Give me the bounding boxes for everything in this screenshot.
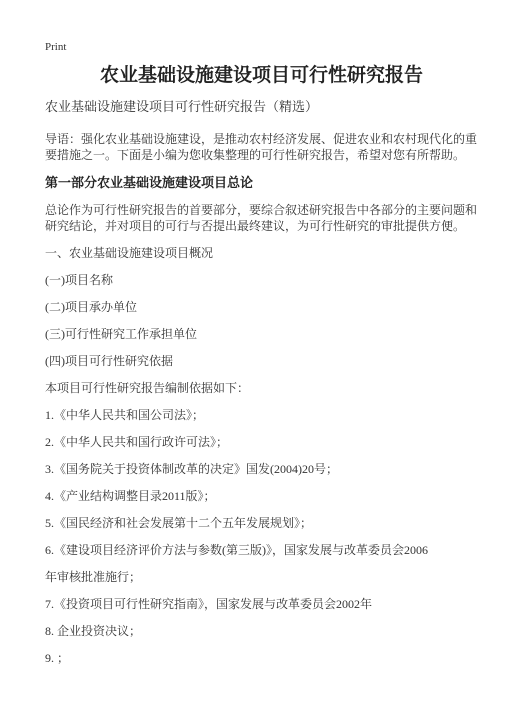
part1-summary-line-2: 研究结论，并对项目的可行与否提出最终建议，为可行性研究的审批提供方便。 bbox=[45, 218, 478, 234]
intro-line-2: 要措施之一。下面是小编为您收集整理的可行性研究报告，希望对您有所帮助。 bbox=[45, 147, 478, 163]
overview-heading: 一、农业基础设施建设项目概况 bbox=[45, 245, 478, 261]
basis-item-6-continuation: 年审核批准施行； bbox=[45, 569, 478, 585]
print-link[interactable]: Print bbox=[45, 41, 478, 54]
basis-item-5: 5.《国民经济和社会发展第十二个五年发展规划》； bbox=[45, 515, 478, 531]
part1-heading: 第一部分农业基础设施建设项目总论 bbox=[45, 174, 478, 191]
intro-line-1: 导语：强化农业基础设施建设，是推动农村经济发展、促进农业和农村现代化的重 bbox=[45, 131, 478, 147]
line-study-unit: (三)可行性研究工作承担单位 bbox=[45, 326, 478, 342]
line-basis-intro: 本项目可行性研究报告编制依据如下： bbox=[45, 380, 478, 396]
line-project-name: (一)项目名称 bbox=[45, 272, 478, 288]
document-title: 农业基础设施建设项目可行性研究报告 bbox=[45, 63, 478, 89]
part1-summary-line-1: 总论作为可行性研究报告的首要部分，要综合叙述研究报告中各部分的主要问题和 bbox=[45, 202, 478, 218]
line-study-basis: (四)项目可行性研究依据 bbox=[45, 353, 478, 369]
basis-item-7: 7.《投资项目可行性研究指南》，国家发展与改革委员会2002年 bbox=[45, 596, 478, 612]
basis-item-2: 2.《中华人民共和国行政许可法》； bbox=[45, 434, 478, 450]
basis-item-4: 4.《产业结构调整目录2011版》； bbox=[45, 488, 478, 504]
basis-item-1: 1.《中华人民共和国公司法》； bbox=[45, 407, 478, 423]
basis-item-9: 9. ； bbox=[45, 650, 478, 666]
document-page: Print 农业基础设施建设项目可行性研究报告 农业基础设施建设项目可行性研究报… bbox=[0, 0, 520, 718]
part1-summary-paragraph: 总论作为可行性研究报告的首要部分，要综合叙述研究报告中各部分的主要问题和 研究结… bbox=[45, 202, 478, 234]
basis-item-3: 3.《国务院关于投资体制改革的决定》国发(2004)20号； bbox=[45, 461, 478, 477]
line-project-undertaker: (二)项目承办单位 bbox=[45, 299, 478, 315]
document-subtitle: 农业基础设施建设项目可行性研究报告（精选） bbox=[45, 99, 478, 115]
intro-paragraph: 导语：强化农业基础设施建设，是推动农村经济发展、促进农业和农村现代化的重 要措施… bbox=[45, 131, 478, 163]
basis-item-8: 8. 企业投资决议； bbox=[45, 623, 478, 639]
basis-item-6: 6.《建设项目经济评价方法与参数(第三版)》，国家发展与改革委员会2006 bbox=[45, 542, 478, 558]
